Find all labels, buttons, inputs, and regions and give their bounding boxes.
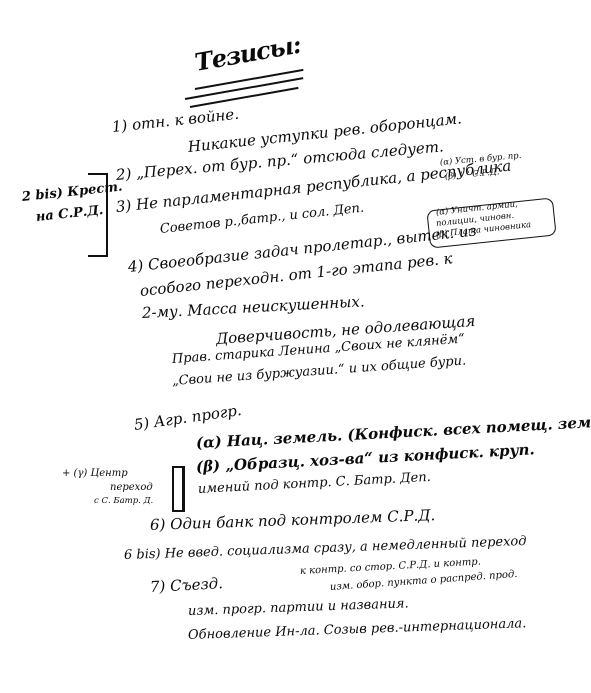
item-5-line-1: 5) Агр. прогр. xyxy=(133,401,243,434)
item-7-line-1: 7) Съезд. xyxy=(150,574,224,596)
margin-note-frame xyxy=(172,466,185,512)
item-6-line-1: 6) Один банк под контролем С.Р.Д. xyxy=(150,506,436,534)
item-7-line-2: изм. прогр. партии и названия. xyxy=(188,596,409,619)
page-title: Тезисы: xyxy=(192,30,302,77)
item-7-line-3: Обновление Ин-ла. Созыв рев.-интернацион… xyxy=(188,616,527,643)
item-5-margin-note-line-3: с С. Батр. Д. xyxy=(94,496,153,506)
item-1-line-1: 1) отн. к войне. xyxy=(111,105,240,136)
item-5-margin-note-line-2: переход xyxy=(110,482,153,493)
item-5-margin-note-line-1: + (γ) Центр xyxy=(62,468,128,479)
manuscript-page: Тезисы: 1) отн. к войне. Никакие уступки… xyxy=(0,0,591,693)
title-underline xyxy=(190,87,299,108)
item-4-line-3: 2-му. Масса неискушенных. xyxy=(142,292,366,322)
